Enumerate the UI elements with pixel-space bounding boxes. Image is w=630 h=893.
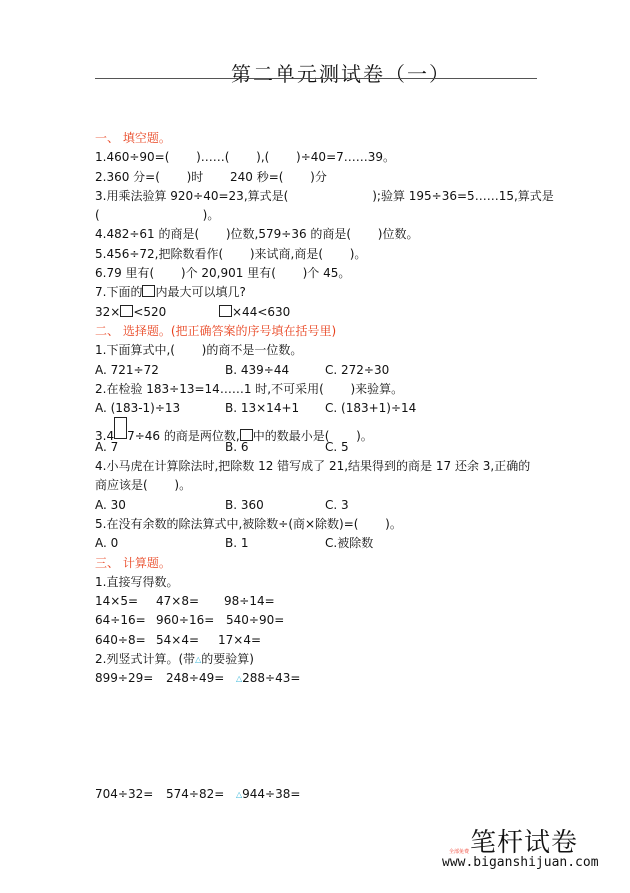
- calc-row3: 640÷8=54×4=17×4=: [95, 631, 595, 650]
- choice-q1-options: A. 721÷72B. 439÷44C. 272÷30: [95, 361, 595, 380]
- problem: 540÷90=: [226, 611, 284, 630]
- free-tag: 全部免费: [449, 848, 469, 855]
- title-text: 第二单元测试卷（一）: [231, 62, 451, 86]
- q7a-post: <520: [133, 305, 166, 319]
- fill-q2: 2.360 分=( )时 240 秒=( )分: [95, 168, 595, 187]
- p2-pre: 2.列竖式计算。(带: [95, 652, 195, 666]
- choice-q4b: 商应该是( )。: [95, 476, 595, 495]
- problem: 944÷38=: [242, 785, 300, 804]
- exam-content: 一、 填空题。 1.460÷90=( )……( ),( )÷40=7……39。 …: [95, 129, 595, 804]
- q7b-post: ×44<630: [232, 305, 290, 319]
- choice-q4-options: A. 30B. 360C. 3: [95, 496, 595, 515]
- answer-box: [114, 417, 127, 439]
- exam-page: 第二单元测试卷（一） 一、 填空题。 1.460÷90=( )……( ),( )…: [0, 0, 630, 893]
- choice-q3-options: A. 7B. 6C. 5: [95, 438, 595, 457]
- problem: 704÷32=: [95, 785, 166, 804]
- option-c: C. 3: [325, 496, 349, 515]
- problem: 64÷16=: [95, 611, 156, 630]
- choice-q4a: 4.小马虎在计算除法时,把除数 12 错写成了 21,结果得到的商是 17 还余…: [95, 457, 595, 476]
- calc-p1: 1.直接写得数。: [95, 573, 595, 592]
- choice-q5: 5.在没有余数的除法算式中,被除数÷(商×除数)=( )。: [95, 515, 595, 534]
- option-b: B. 1: [225, 534, 325, 553]
- fill-q5: 5.456÷72,把除数看作( )来试商,商是( )。: [95, 245, 595, 264]
- calc-row5: 704÷32=574÷82=△944÷38=: [95, 785, 595, 804]
- q7-item-b: ×44<630: [219, 303, 290, 322]
- fill-q4: 4.482÷61 的商是( )位数,579÷36 的商是( )位数。: [95, 225, 595, 244]
- section-fill-heading: 一、 填空题。: [95, 129, 595, 148]
- answer-box: [142, 285, 155, 297]
- problem: 54×4=: [156, 631, 218, 650]
- answer-box: [120, 305, 133, 317]
- page-title: 第二单元测试卷（一）: [0, 58, 630, 87]
- fill-q1: 1.460÷90=( )……( ),( )÷40=7……39。: [95, 148, 595, 167]
- calc-row1: 14×5=47×8=98÷14=: [95, 592, 595, 611]
- problem: 248÷49=: [166, 669, 236, 688]
- option-c: C. 5: [325, 438, 349, 457]
- fill-q3b: ( )。: [95, 206, 595, 225]
- calc-p2: 2.列竖式计算。(带△的要验算): [95, 650, 595, 669]
- fill-q7-items: 32×<520×44<630: [95, 303, 595, 322]
- q7-pre: 7.下面的: [95, 285, 142, 299]
- choice-q2: 2.在检验 183÷13=14……1 时,不可采用( )来验算。: [95, 380, 595, 399]
- p2-post: 的要验算): [201, 652, 254, 666]
- choice-q1: 1.下面算式中,( )的商不是一位数。: [95, 341, 595, 360]
- problem: 98÷14=: [224, 592, 275, 611]
- section-choice-heading: 二、 选择题。(把正确答案的序号填在括号里): [95, 322, 595, 341]
- problem: 47×8=: [156, 592, 224, 611]
- q7-post: 内最大可以填几?: [155, 285, 245, 299]
- brand-url: www.biganshijuan.com: [442, 855, 599, 870]
- calc-row4: 899÷29=248÷49=△288÷43=: [95, 669, 595, 688]
- problem: 288÷43=: [242, 669, 300, 688]
- problem: 17×4=: [218, 631, 261, 650]
- problem: 960÷16=: [156, 611, 226, 630]
- option-c: C.被除数: [325, 534, 373, 553]
- section-calc-heading: 三、 计算题。: [95, 554, 595, 573]
- choice-q2-options: A. (183-1)÷13B. 13×14+1C. (183+1)÷14: [95, 399, 595, 418]
- option-a: A. 7: [95, 438, 225, 457]
- q7-item-a: 32×<520: [95, 303, 219, 322]
- brand-name: 笔杆试卷: [470, 822, 578, 859]
- option-a: A. (183-1)÷13: [95, 399, 225, 418]
- option-a: A. 721÷72: [95, 361, 225, 380]
- problem: 640÷8=: [95, 631, 156, 650]
- fill-q3a: 3.用乘法验算 920÷40=23,算式是( );验算 195÷36=5……15…: [95, 187, 595, 206]
- title-underline: [95, 78, 537, 79]
- answer-box: [219, 305, 232, 317]
- option-b: B. 13×14+1: [225, 399, 325, 418]
- fill-q6: 6.79 里有( )个 20,901 里有( )个 45。: [95, 264, 595, 283]
- choice-q3: 3.47÷46 的商是两位数,中的数最小是( )。: [95, 418, 595, 437]
- problem: 14×5=: [95, 592, 156, 611]
- fill-q7: 7.下面的内最大可以填几?: [95, 283, 595, 302]
- problem: 574÷82=: [166, 785, 236, 804]
- option-c: C. 272÷30: [325, 361, 389, 380]
- q7a-pre: 32×: [95, 305, 120, 319]
- problem: 899÷29=: [95, 669, 166, 688]
- option-b: B. 6: [225, 438, 325, 457]
- option-a: A. 0: [95, 534, 225, 553]
- option-b: B. 439÷44: [225, 361, 325, 380]
- option-a: A. 30: [95, 496, 225, 515]
- calc-row2: 64÷16=960÷16=540÷90=: [95, 611, 595, 630]
- option-b: B. 360: [225, 496, 325, 515]
- choice-q5-options: A. 0B. 1C.被除数: [95, 534, 595, 553]
- option-c: C. (183+1)÷14: [325, 399, 416, 418]
